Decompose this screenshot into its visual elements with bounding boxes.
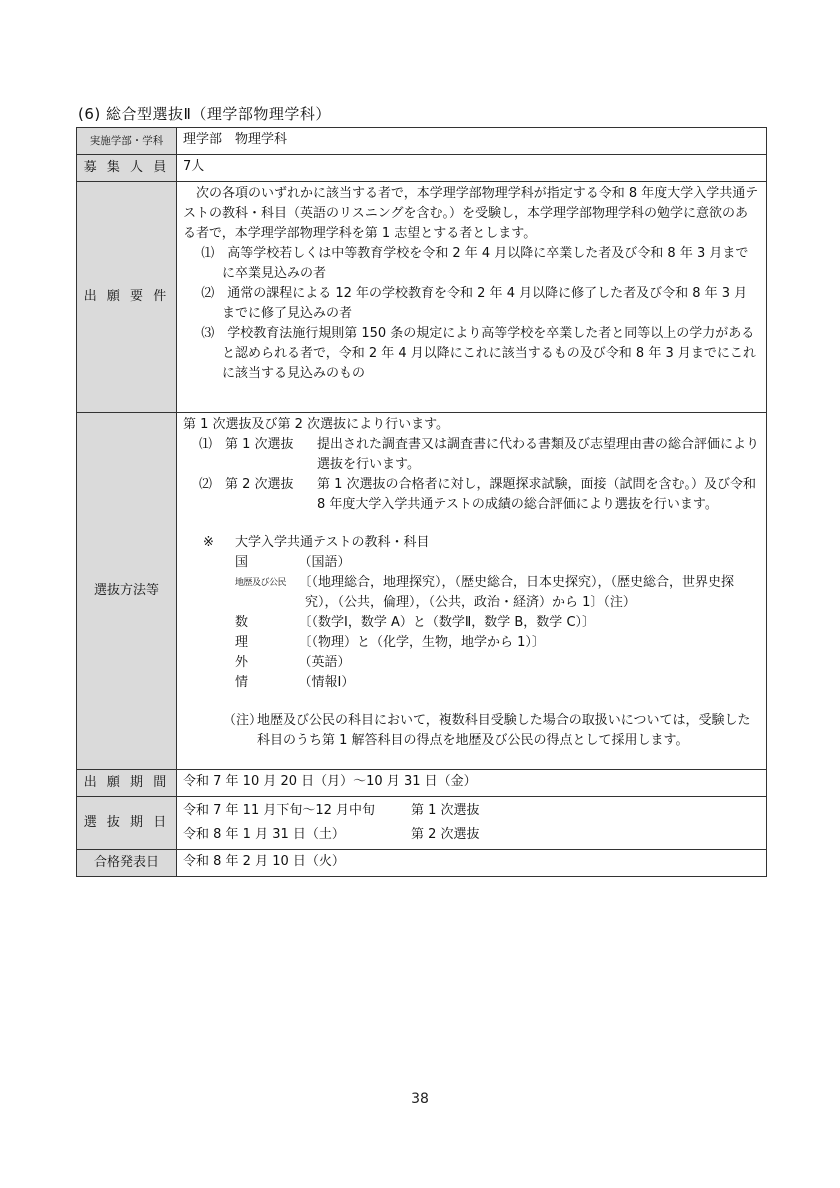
requirement-num: ⑵: [201, 286, 214, 301]
subject-key: 国: [235, 553, 289, 573]
row-selection: 選抜方法等 第 1 次選抜及び第 2 次選抜により行います。 ⑴ 第 1 次選抜…: [77, 413, 767, 770]
footnote: （注） 地歴及び公民の科目において，複数科目受験した場合の取扱いについては，受験…: [223, 711, 760, 751]
stage-num: ⑴: [199, 435, 225, 475]
row-faculty: 実施学部・学科 理学部 物理学科: [77, 128, 767, 155]
selection-date: 令和 8 年 1 月 31 日（土）: [183, 823, 411, 847]
label-selection-dates: 選 抜 期 日: [77, 797, 177, 850]
selection-stage: 第 1 次選抜: [411, 799, 480, 823]
value-selection: 第 1 次選抜及び第 2 次選抜により行います。 ⑴ 第 1 次選抜 提出された…: [177, 413, 767, 770]
footnote-text: 地歴及び公民の科目において，複数科目受験した場合の取扱いについては，受験した科目…: [257, 711, 760, 751]
selection-date-row-1: 令和 7 年 11 月下旬～12 月中旬 第 1 次選抜: [183, 799, 760, 823]
label-capacity: 募 集 人 員: [77, 155, 177, 182]
reference-mark-icon: ※: [203, 533, 235, 553]
selection-date-row-2: 令和 8 年 1 月 31 日（土） 第 2 次選抜: [183, 823, 760, 847]
common-test-heading-text: 大学入学共通テストの教科・科目: [235, 533, 429, 553]
requirement-num: ⑶: [201, 326, 214, 341]
subject-key: 情: [235, 673, 289, 693]
subject-value: 〔（物理）と（化学，生物，地学から 1）〕: [289, 633, 760, 653]
subject-value: 〔（地理総合，地理探究），（歴史総合，日本史探究），（歴史総合，世界史探究），（…: [289, 573, 760, 613]
row-announcement: 合格発表日 令和 8 年 2 月 10 日（火）: [77, 850, 767, 877]
row-selection-dates: 選 抜 期 日 令和 7 年 11 月下旬～12 月中旬 第 1 次選抜 令和 …: [77, 797, 767, 850]
row-capacity: 募 集 人 員 7人: [77, 155, 767, 182]
subject-key: 数: [235, 613, 289, 633]
label-announcement: 合格発表日: [77, 850, 177, 877]
stage-desc: 提出された調査書又は調査書に代わる書類及び志望理由書の総合評価により選抜を行いま…: [317, 435, 760, 475]
stage-name: 第 2 次選抜: [225, 475, 317, 515]
value-faculty: 理学部 物理学科: [177, 128, 767, 155]
stage-name: 第 1 次選抜: [225, 435, 317, 475]
subject-row-japanese: 国（国語）: [235, 553, 760, 573]
requirement-text: 高等学校若しくは中等教育学校を令和 2 年 4 月以降に卒業した者及び令和 8 …: [222, 246, 748, 281]
value-announcement: 令和 8 年 2 月 10 日（火）: [177, 850, 767, 877]
subject-key: 地歴及び公民: [235, 573, 289, 613]
stage-desc: 第 1 次選抜の合格者に対し，課題探求試験，面接（試問を含む。）及び令和 8 年…: [317, 475, 760, 515]
footnote-mark: （注）: [223, 711, 257, 751]
selection-stage: 第 2 次選抜: [411, 823, 480, 847]
subject-value: （英語）: [289, 653, 760, 673]
subject-row-math: 数〔（数学Ⅰ，数学 A）と（数学Ⅱ，数学 B，数学 C）〕: [235, 613, 760, 633]
subject-row-geo-history-civics: 地歴及び公民〔（地理総合，地理探究），（歴史総合，日本史探究），（歴史総合，世界…: [235, 573, 760, 613]
subject-value: （情報Ⅰ）: [289, 673, 760, 693]
page-number: 38: [0, 1091, 840, 1107]
label-selection: 選抜方法等: [77, 413, 177, 770]
selection-stage-1: ⑴ 第 1 次選抜 提出された調査書又は調査書に代わる書類及び志望理由書の総合評…: [199, 435, 760, 475]
requirement-num: ⑴: [201, 246, 214, 261]
selection-date: 令和 7 年 11 月下旬～12 月中旬: [183, 799, 411, 823]
common-test-heading: ※ 大学入学共通テストの教科・科目: [203, 533, 760, 553]
subject-key: 外: [235, 653, 289, 673]
subject-key: 理: [235, 633, 289, 653]
row-requirements: 出 願 要 件 次の各項のいずれかに該当する者で，本学理学部物理学科が指定する令…: [77, 182, 767, 413]
subject-row-foreign-language: 外（英語）: [235, 653, 760, 673]
requirement-text: 学校教育法施行規則第 150 条の規定により高等学校を卒業した者と同等以上の学力…: [222, 326, 756, 381]
label-application-period: 出 願 期 間: [77, 770, 177, 797]
subject-value: 〔（数学Ⅰ，数学 A）と（数学Ⅱ，数学 B，数学 C）〕: [289, 613, 760, 633]
admission-requirements-table: 実施学部・学科 理学部 物理学科 募 集 人 員 7人 出 願 要 件 次の各項…: [76, 127, 767, 877]
requirement-item-2: ⑵ 通常の課程による 12 年の学校教育を令和 2 年 4 月以降に修了した者及…: [193, 284, 760, 324]
subject-row-informatics: 情（情報Ⅰ）: [235, 673, 760, 693]
section-title: (6) 総合型選抜Ⅱ（理学部物理学科）: [78, 103, 331, 124]
label-requirements: 出 願 要 件: [77, 182, 177, 413]
value-requirements: 次の各項のいずれかに該当する者で，本学理学部物理学科が指定する令和 8 年度大学…: [177, 182, 767, 413]
requirement-item-1: ⑴ 高等学校若しくは中等教育学校を令和 2 年 4 月以降に卒業した者及び令和 …: [193, 244, 760, 284]
label-faculty: 実施学部・学科: [77, 128, 177, 155]
subject-value: （国語）: [289, 553, 760, 573]
value-application-period: 令和 7 年 10 月 20 日（月）～10 月 31 日（金）: [177, 770, 767, 797]
value-selection-dates: 令和 7 年 11 月下旬～12 月中旬 第 1 次選抜 令和 8 年 1 月 …: [177, 797, 767, 850]
stage-num: ⑵: [199, 475, 225, 515]
selection-stage-2: ⑵ 第 2 次選抜 第 1 次選抜の合格者に対し，課題探求試験，面接（試問を含む…: [199, 475, 760, 515]
requirements-intro: 次の各項のいずれかに該当する者で，本学理学部物理学科が指定する令和 8 年度大学…: [183, 184, 760, 244]
subject-row-science: 理〔（物理）と（化学，生物，地学から 1）〕: [235, 633, 760, 653]
selection-intro: 第 1 次選抜及び第 2 次選抜により行います。: [183, 415, 760, 435]
value-capacity: 7人: [177, 155, 767, 182]
requirement-text: 通常の課程による 12 年の学校教育を令和 2 年 4 月以降に修了した者及び令…: [222, 286, 747, 321]
requirement-item-3: ⑶ 学校教育法施行規則第 150 条の規定により高等学校を卒業した者と同等以上の…: [193, 324, 760, 384]
row-application-period: 出 願 期 間 令和 7 年 10 月 20 日（月）～10 月 31 日（金）: [77, 770, 767, 797]
